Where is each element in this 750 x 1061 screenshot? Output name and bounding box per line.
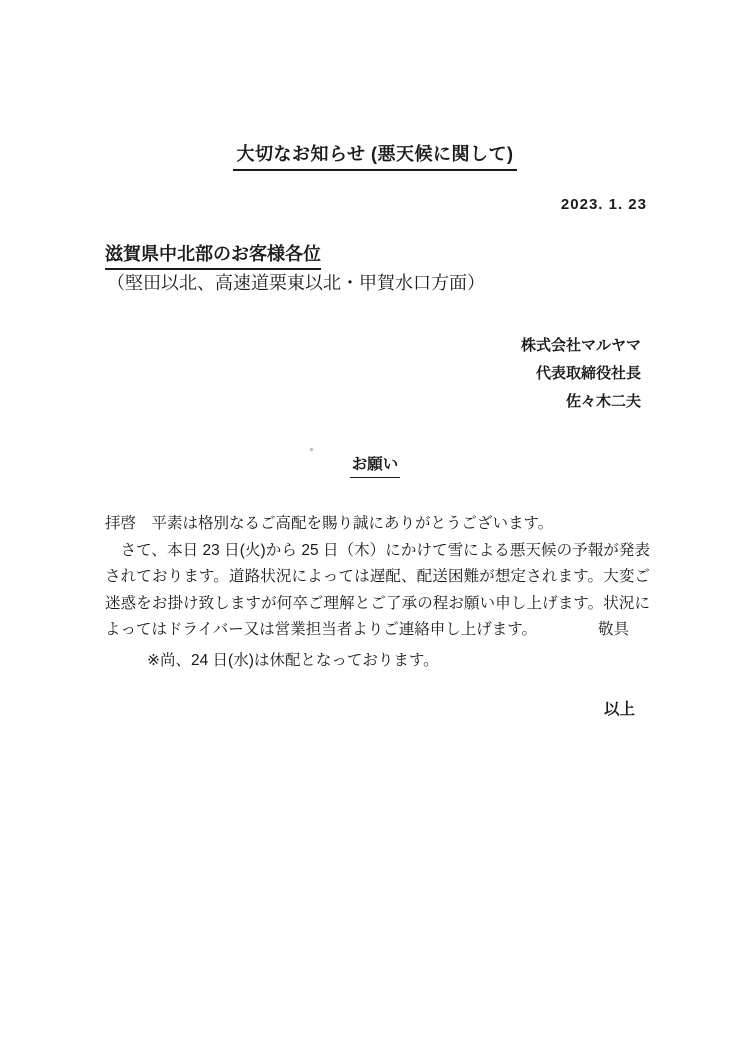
recipient-area-detail: （堅田以北、高速道栗東以北・甲賀水口方面） bbox=[107, 269, 485, 295]
notice-title: 大切なお知らせ (悪天候に関して) bbox=[0, 140, 750, 171]
subject-heading: お願い bbox=[0, 452, 750, 478]
subject-heading-text: お願い bbox=[350, 452, 401, 478]
recipient-main-text: 滋賀県中北部のお客様各位 bbox=[105, 240, 321, 270]
end-mark: 以上 bbox=[604, 697, 635, 719]
body-line-1: 拝啓 平素は格別なるご高配を賜り誠にありがとうございます。 bbox=[105, 511, 650, 538]
sender-block: 株式会社マルヤマ 代表取締役社長 佐々木二夫 bbox=[521, 332, 641, 416]
notice-title-text: 大切なお知らせ (悪天候に関して) bbox=[233, 140, 518, 171]
body-paragraph: 拝啓 平素は格別なるご高配を賜り誠にありがとうございます。 さて、本日 23 日… bbox=[105, 511, 650, 644]
recipient-line: 滋賀県中北部のお客様各位 bbox=[105, 240, 321, 270]
letter-page: 大切なお知らせ (悪天候に関して) 2023. 1. 23 滋賀県中北部のお客様… bbox=[0, 0, 750, 1061]
sender-role: 代表取締役社長 bbox=[521, 360, 641, 388]
scan-speck-artifact bbox=[310, 448, 313, 451]
closing-word: 敬具 bbox=[598, 617, 629, 644]
sender-company: 株式会社マルヤマ bbox=[521, 332, 641, 360]
sender-name: 佐々木二夫 bbox=[521, 388, 641, 416]
letter-date: 2023. 1. 23 bbox=[561, 196, 647, 213]
body-line-5: よってはドライバー又は営業担当者よりご連絡申し上げます。 敬具 bbox=[105, 617, 650, 644]
body-line-4: 迷惑をお掛け致しますが何卒ご理解とご了承の程お願い申し上げます。状況に bbox=[105, 591, 650, 618]
body-line-3: されております。道路状況によっては遅配、配送困難が想定されます。大変ご bbox=[105, 564, 650, 591]
body-line-2: さて、本日 23 日(火)から 25 日（木）にかけて雪による悪天候の予報が発表 bbox=[105, 538, 650, 565]
holiday-note: ※尚、24 日(水)は休配となっております。 bbox=[147, 648, 439, 670]
body-line-5-text: よってはドライバー又は営業担当者よりご連絡申し上げます。 bbox=[105, 617, 537, 644]
